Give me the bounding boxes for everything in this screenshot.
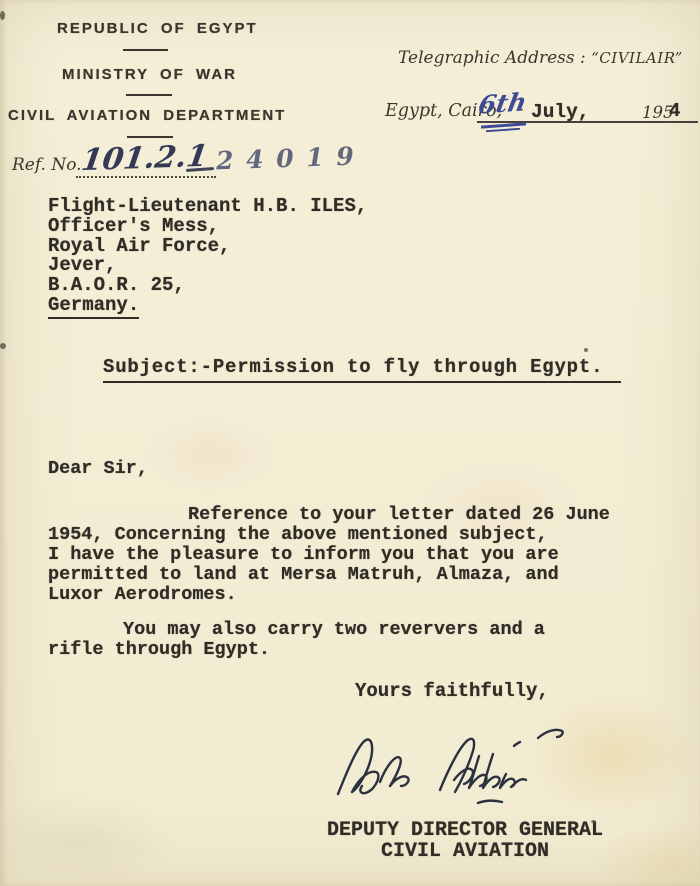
recipient-line-5: B.A.O.R. 25, (48, 276, 367, 296)
telegraphic-label: Telegraphic Address : (398, 48, 591, 68)
body-p2-line-1: You may also carry two reververs and a (123, 619, 545, 640)
signature-scrawl (318, 722, 578, 810)
letterhead-rule-2 (126, 94, 172, 96)
letterhead-rule-1 (123, 49, 168, 51)
scan-speck (591, 820, 596, 823)
body-p2-line-2: rifle through Egypt. (48, 639, 270, 660)
letterhead-line-1: REPUBLIC OF EGYPT (57, 20, 258, 37)
body-p1-line-5: Luxor Aerodromes. (48, 584, 237, 605)
recipient-line-2: Officer's Mess, (48, 217, 367, 237)
dateline-day-underline-2 (486, 128, 520, 132)
telegraphic-address: Telegraphic Address : “CIVILAIR” (398, 48, 683, 68)
signer-title-line-1: DEPUTY DIRECTOR GENERAL (325, 820, 605, 841)
signer-title-line-2: CIVIL AVIATION (325, 841, 605, 862)
letterhead-line-2: MINISTRY OF WAR (62, 66, 237, 83)
scan-speck (0, 343, 6, 349)
recipient-line-1: Flight-Lieutenant H.B. ILES, (48, 197, 367, 217)
subject-line: Subject:-Permission to fly through Egypt… (103, 356, 621, 383)
letterhead-line-3: CIVIL AVIATION DEPARTMENT (8, 107, 286, 124)
ref-label: Ref. No. (12, 155, 82, 175)
telegraphic-value: “CIVILAIR” (591, 49, 683, 67)
dateline-day-handwritten: 6th (476, 87, 529, 119)
body-p1-line-1: Reference to your letter dated 26 June (188, 504, 610, 525)
letterhead-rule-3 (127, 136, 173, 138)
recipient-line-6-country: Germany. (48, 296, 139, 319)
ref-handwritten-code: 101.2.1 (79, 139, 210, 178)
dateline-month-typed: July, (531, 101, 590, 123)
scan-speck (584, 348, 588, 352)
scan-speck (0, 11, 5, 20)
body-p1-line-4: permitted to land at Mersa Matruh, Almaz… (48, 564, 559, 585)
salutation: Dear Sir, (48, 458, 148, 479)
dateline-year-typed-digit: 4 (669, 100, 680, 122)
closing: Yours faithfully, (355, 680, 549, 702)
body-p1-line-2: 1954, Concerning the above mentioned sub… (48, 524, 548, 545)
ref-handwritten-number: 2 4 0 1 9 (216, 142, 357, 176)
letter-page: REPUBLIC OF EGYPT MINISTRY OF WAR CIVIL … (0, 0, 700, 886)
body-p1-line-3: I have the pleasure to inform you that y… (48, 544, 559, 565)
